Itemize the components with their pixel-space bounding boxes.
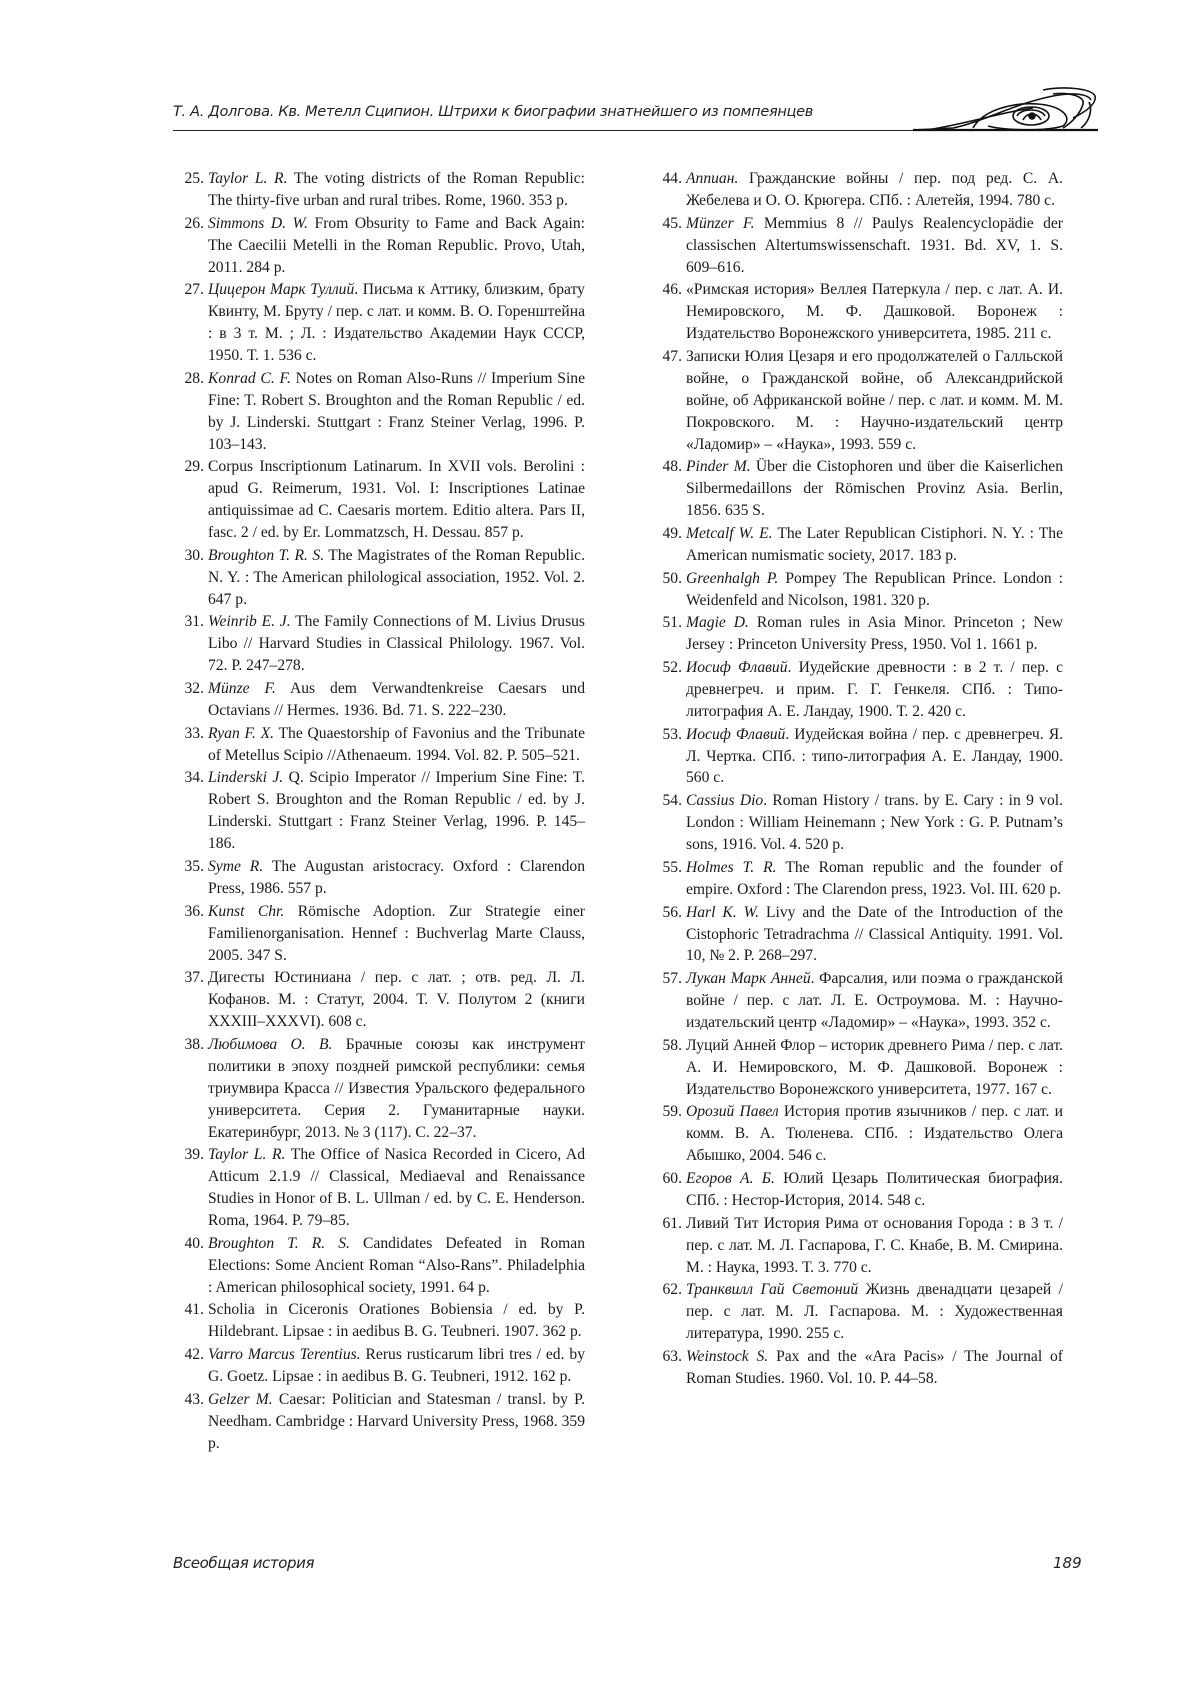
reference-author: Greenhalgh P. (686, 570, 778, 587)
reference-author: Иосиф Флавий (686, 726, 785, 743)
reference-author: Syme R. (208, 858, 263, 875)
reference-item: 49.Metcalf W. E. The Later Republican Ci… (648, 523, 1063, 567)
reference-item: 25.Taylor L. R. The voting districts of … (170, 168, 585, 212)
reference-item: 36.Kunst Chr. Römische Adoption. Zur Str… (170, 901, 585, 967)
reference-author: Varro Marcus Terentius. (208, 1346, 361, 1363)
reference-author: Metcalf W. E. (686, 525, 773, 542)
reference-item: 56.Harl K. W. Livy and the Date of the I… (648, 902, 1063, 968)
reference-item: 41.Scholia in Ciceronis Orationes Bobien… (170, 1299, 585, 1343)
reference-item: 59.Орозий Павел История против язычников… (648, 1101, 1063, 1167)
reference-author: Weinstock S. (686, 1348, 768, 1365)
reference-author: Cassius Dio (686, 792, 763, 809)
reference-item: 38.Любимова О. В. Брачные союзы как инст… (170, 1034, 585, 1144)
reference-author: Holmes T. R. (686, 859, 777, 876)
page-number: 189 (1053, 1554, 1082, 1572)
reference-author: Pinder M. (686, 458, 751, 475)
reference-item: 28.Konrad C. F. Notes on Roman Also-Runs… (170, 368, 585, 456)
reference-author: Gelzer M. (208, 1391, 273, 1408)
reference-item: 53.Иосиф Флавий. Иудейская война / пер. … (648, 724, 1063, 790)
reference-author: Транквилл Гай Светоний (686, 1281, 858, 1298)
reference-item: 58.Луций Анней Флор – историк древнего Р… (648, 1035, 1063, 1101)
reference-item: 31.Weinrib E. J. The Family Connections … (170, 611, 585, 677)
running-header: Т. А. Долгова. Кв. Метелл Сципион. Штрих… (173, 100, 1093, 132)
reference-item: 27.Цицерон Марк Туллий. Письма к Аттику,… (170, 279, 585, 367)
reference-item: 60.Егоров А. Б. Юлий Цезарь Политическая… (648, 1168, 1063, 1212)
reference-author: Magie D. (686, 614, 749, 631)
journal-name: Всеобщая история (173, 1554, 314, 1572)
header-rule (173, 130, 918, 131)
reference-author: Лукан Марк Анней (686, 970, 811, 987)
reference-item: 50.Greenhalgh P. Pompey The Republican P… (648, 568, 1063, 612)
reference-author: Harl K. W. (686, 904, 759, 921)
reference-item: 61.Ливий Тит История Рима от основания Г… (648, 1213, 1063, 1279)
reference-author: Егоров А. Б. (686, 1170, 775, 1187)
reference-item: 32.Münze F. Aus dem Verwandtenkreise Cae… (170, 678, 585, 722)
reference-author: Konrad C. F. (208, 370, 291, 387)
reference-item: 34.Linderski J. Q. Scipio Imperator // I… (170, 767, 585, 855)
reference-item: 39.Taylor L. R. The Office of Nasica Rec… (170, 1144, 585, 1232)
reference-item: 63.Weinstock S. Pax and the «Ara Pacis» … (648, 1346, 1063, 1390)
reference-item: 48.Pinder M. Über die Cistophoren und üb… (648, 456, 1063, 522)
reference-author: Broughton T. R. S. (208, 547, 324, 564)
reference-item: 30.Broughton T. R. S. The Magistrates of… (170, 545, 585, 611)
reference-author: Simmons D. W. (208, 215, 308, 232)
reference-author: Münze F. (208, 680, 276, 697)
reference-author: Broughton T. R. S. (208, 1235, 350, 1252)
reference-item: 54.Cassius Dio. Roman History / trans. b… (648, 790, 1063, 856)
reference-author: Kunst Chr. (208, 903, 284, 920)
reference-item: 46.«Римская история» Веллея Патеркула / … (648, 279, 1063, 345)
reference-author: Taylor L. R. (208, 170, 287, 187)
reference-item: 52.Иосиф Флавий. Иудейские древности : в… (648, 657, 1063, 723)
reference-author: Linderski J. (208, 769, 283, 786)
reference-item: 45.Münzer F. Memmius 8 // Paulys Realenc… (648, 213, 1063, 279)
reference-item: 51.Magie D. Roman rules in Asia Minor. P… (648, 612, 1063, 656)
reference-author: Аппиан. (686, 170, 738, 187)
reference-item: 43.Gelzer M. Caesar: Politician and Stat… (170, 1389, 585, 1455)
reference-item: 37.Дигесты Юстиниана / пер. с лат. ; отв… (170, 967, 585, 1033)
running-title: Т. А. Долгова. Кв. Метелл Сципион. Штрих… (173, 104, 813, 120)
reference-author: Taylor L. R. (208, 1146, 285, 1163)
references-column-left: 25.Taylor L. R. The voting districts of … (170, 168, 585, 1455)
reference-author: Münzer F. (686, 215, 754, 232)
reference-item: 29.Corpus Inscriptionum Latinarum. In XV… (170, 456, 585, 544)
references-column-right: 44.Аппиан. Гражданские войны / пер. под … (648, 168, 1063, 1391)
reference-item: 57.Лукан Марк Анней. Фарсалия, или поэма… (648, 968, 1063, 1034)
reference-author: Иосиф Флавий (686, 659, 788, 676)
reference-author: Орозий Павел (686, 1103, 779, 1120)
reference-author: Цицерон Марк Туллий (208, 281, 354, 298)
reference-item: 42.Varro Marcus Terentius. Rerus rustica… (170, 1344, 585, 1388)
reference-item: 47.Записки Юлия Цезаря и его продолжател… (648, 346, 1063, 456)
reference-author: Ryan F. X. (208, 725, 274, 742)
reference-item: 44.Аппиан. Гражданские войны / пер. под … (648, 168, 1063, 212)
reference-author: Любимова О. В. (208, 1036, 332, 1053)
reference-item: 62.Транквилл Гай Светоний Жизнь двенадца… (648, 1279, 1063, 1345)
reference-item: 55.Holmes T. R. The Roman republic and t… (648, 857, 1063, 901)
reference-item: 26.Simmons D. W. From Obsurity to Fame a… (170, 213, 585, 279)
reference-item: 35.Syme R. The Augustan aristocracy. Oxf… (170, 856, 585, 900)
reference-author: Weinrib E. J. (208, 613, 291, 630)
reference-item: 40.Broughton T. R. S. Candidates Defeate… (170, 1233, 585, 1299)
reference-item: 33.Ryan F. X. The Quaestorship of Favoni… (170, 723, 585, 767)
art-nouveau-ornament-icon (913, 82, 1098, 132)
